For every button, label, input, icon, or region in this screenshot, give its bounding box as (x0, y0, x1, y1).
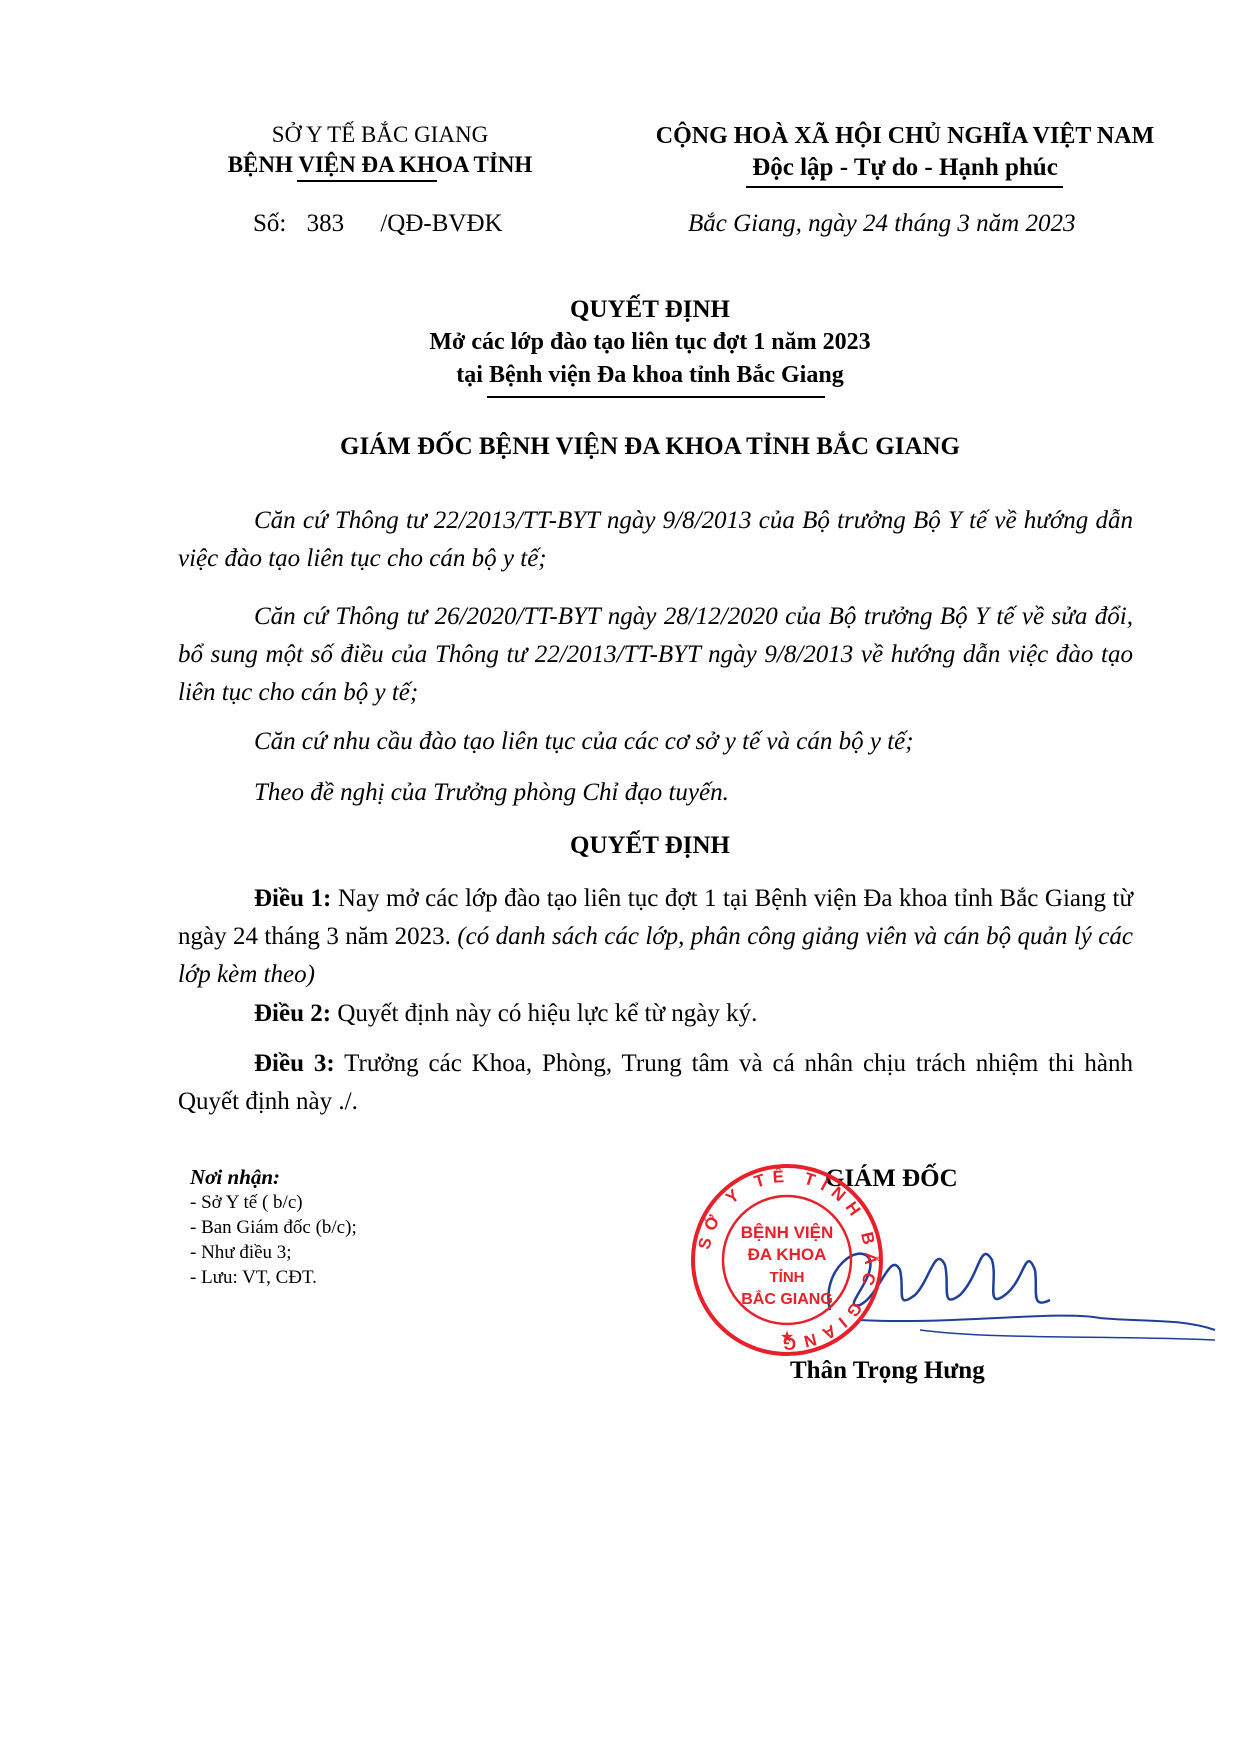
motto-underline (746, 186, 1063, 188)
national-header: CỘNG HOÀ XÃ HỘI CHỦ NGHĨA VIỆT NAM Độc l… (620, 120, 1190, 184)
issuing-organization: SỞ Y TẾ BẮC GIANG BỆNH VIỆN ĐA KHOA TỈNH (190, 120, 570, 180)
svg-text:TỈNH: TỈNH (770, 1269, 805, 1286)
svg-text:ĐA KHOA: ĐA KHOA (748, 1245, 827, 1264)
number-prefix: Số: (253, 210, 286, 238)
recipients-list: Nơi nhận: - Sở Y tế ( b/c) - Ban Giám đố… (190, 1165, 357, 1290)
document-number: Số: 383 /QĐ-BVĐK (253, 210, 503, 238)
header-left-underline (297, 180, 437, 182)
recipient-item: - Sở Y tế ( b/c) (190, 1190, 357, 1215)
recipient-item: - Như điều 3; (190, 1240, 357, 1265)
signatory-name: Thân Trọng Hưng (790, 1357, 985, 1385)
official-stamp: SỞ Y TẾ TỈNH BẮC GIANG BỆNH VIỆN ĐA KHOA… (687, 1160, 887, 1360)
recipients-heading: Nơi nhận: (190, 1165, 357, 1190)
title-subject-line1: Mở các lớp đào tạo liên tục đợt 1 năm 20… (170, 326, 1130, 359)
title-underline (487, 396, 825, 398)
recipient-item: - Ban Giám đốc (b/c); (190, 1215, 357, 1240)
preamble-4: Theo đề nghị của Trưởng phòng Chỉ đạo tu… (178, 774, 1133, 812)
svg-text:BỆNH VIỆN: BỆNH VIỆN (741, 1223, 834, 1242)
preamble-3: Căn cứ nhu cầu đào tạo liên tục của các … (178, 723, 1133, 761)
article-2-text: Quyết định này có hiệu lực kể từ ngày ký… (331, 1000, 757, 1027)
authority-heading: GIÁM ĐỐC BỆNH VIỆN ĐA KHOA TỈNH BẮC GIAN… (170, 433, 1130, 461)
decision-heading: QUYẾT ĐỊNH (170, 832, 1130, 860)
title-heading: QUYẾT ĐỊNH (170, 293, 1130, 326)
article-3: Điều 3: Trưởng các Khoa, Phòng, Trung tâ… (178, 1045, 1133, 1121)
article-3-label: Điều 3: (254, 1050, 335, 1077)
number-value: 383 (307, 210, 345, 238)
article-2: Điều 2: Quyết định này có hiệu lực kể từ… (178, 995, 1133, 1033)
preamble-1: Căn cứ Thông tư 22/2013/TT-BYT ngày 9/8/… (178, 502, 1133, 578)
department-name: SỞ Y TẾ BẮC GIANG (190, 120, 570, 150)
article-1: Điều 1: Nay mở các lớp đào tạo liên tục … (178, 880, 1133, 994)
article-2-label: Điều 2: (254, 1000, 331, 1027)
hospital-name: BỆNH VIỆN ĐA KHOA TỈNH (190, 150, 570, 180)
document-title: QUYẾT ĐỊNH Mở các lớp đào tạo liên tục đ… (170, 293, 1130, 392)
recipient-item: - Lưu: VT, CĐT. (190, 1265, 357, 1290)
national-motto: Độc lập - Tự do - Hạnh phúc (620, 152, 1190, 184)
svg-text:★: ★ (780, 1327, 794, 1346)
issue-date: Bắc Giang, ngày 24 tháng 3 năm 2023 (688, 210, 1075, 238)
number-suffix: /QĐ-BVĐK (380, 210, 502, 238)
nation-title: CỘNG HOÀ XÃ HỘI CHỦ NGHĨA VIỆT NAM (620, 120, 1190, 152)
svg-text:BẮC GIANG: BẮC GIANG (741, 1289, 833, 1308)
article-1-label: Điều 1: (254, 885, 331, 912)
preamble-2: Căn cứ Thông tư 26/2020/TT-BYT ngày 28/1… (178, 598, 1133, 712)
title-subject-line2: tại Bệnh viện Đa khoa tỉnh Bắc Giang (170, 359, 1130, 392)
